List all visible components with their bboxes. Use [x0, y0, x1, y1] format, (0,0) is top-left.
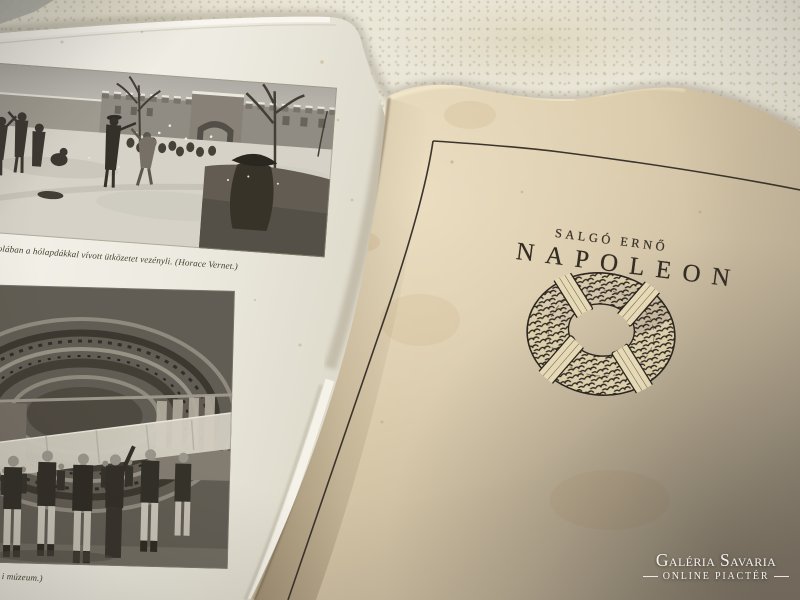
photo-open-book-on-lace: kolában a hólapdákkal vívott ütközetet v… [0, 0, 800, 600]
watermark-rule-left [643, 576, 658, 577]
watermark-rule-right [774, 576, 789, 577]
engraving-caption-museum: i múzeum.) [1, 571, 42, 583]
watermark-galeria-savaria: Galéria Savaria ONLINE PIACTÉR [634, 551, 798, 582]
book-artwork [0, 0, 800, 600]
table-shadow-corner [0, 0, 54, 24]
watermark-tagline-row: ONLINE PIACTÉR [634, 571, 798, 582]
engraving-palace-interior [0, 283, 238, 569]
engraving-snowball-battle [0, 62, 337, 257]
watermark-tagline: ONLINE PIACTÉR [663, 571, 770, 582]
watermark-brand: Galéria Savaria [634, 551, 798, 570]
